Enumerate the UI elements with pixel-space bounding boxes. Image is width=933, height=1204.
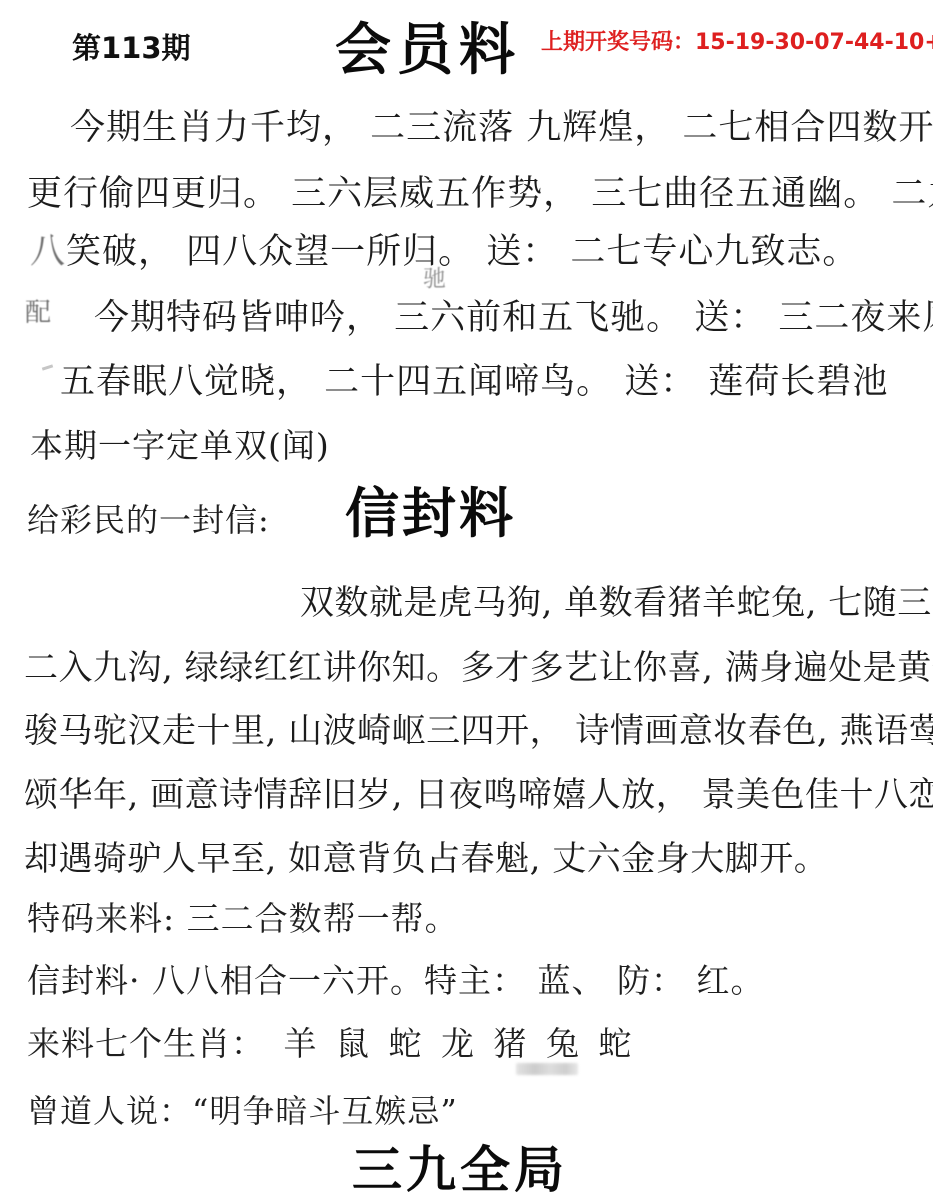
page-title: 会员料 [335,6,521,86]
lottery-tip-sheet: 第113期 会员料 上期开奖号码：15-19-30-07-44-10+09 今期… [0,0,933,1204]
faint-character: 八 [30,232,66,272]
ink-tick-artifact [42,364,53,370]
issue-number: 第113期 [72,26,191,67]
envelope-tip-line: 信封料· 八八相合一六开。特主： 蓝、 防： 红。 [27,955,764,1002]
single-double-line: 本期一字定单双(闻) [30,420,330,467]
special-code-line: 特码来料: 三二合数帮一帮。 [27,893,459,940]
member-verse-line-2: 更行偷四更归。 三六层威五作势， 三七曲径五通幽。 二九上阵 [27,166,933,216]
last-draw-numbers: 上期开奖号码：15-19-30-07-44-10+09 [541,25,933,56]
zeng-daoren-quote: 曾道人说：“明争暗斗互嫉忌” [27,1086,458,1132]
member-verse-line-1: 今期生肖力千均， 二三流落 九辉煌， 二七相合四数开， 三 [70,100,933,150]
ink-smudge [516,1063,578,1075]
envelope-verse-line-2: 二入九沟, 绿绿红红讲你知。多才多艺让你喜, 满身遍处是黄金, [24,640,933,689]
member-verse-line-3-text: 笑破， 四八众望一所归。 送： 二七专心九致志。 [66,232,858,272]
envelope-verse-line-3: 骏马驼汉走十里, 山波崎岖三四开， 诗情画意妆春色, 燕语莺歌 [24,703,933,752]
letter-intro-label: 给彩民的一封信: [27,495,270,541]
envelope-verse-line-4: 颂华年, 画意诗情辞旧岁, 日夜鸣啼嬉人放， 景美色佳十八恋, [24,767,933,816]
member-verse-line-4: 今期特码皆呻吟， 三六前和五飞驰。 送： 三二夜来风雨声。 [94,290,933,340]
envelope-verse-line-1: 双数就是虎马狗, 单数看猪羊蛇兔, 七随三 [300,575,932,624]
faint-margin-character: 配 [25,292,51,329]
zodiac-list-line: 来料七个生肖： 羊 鼠 蛇 龙 猪 兔 蛇 [27,1018,632,1065]
envelope-verse-line-5: 却遇骑驴人早至, 如意背负占春魁, 丈六金身大脚开。 [24,831,828,880]
member-verse-line-5: 五春眠八觉晓， 二十四五闻啼鸟。 送： 莲荷长碧池 [60,354,888,404]
envelope-title: 信封料 [345,471,516,548]
faint-interline-character: 驰 [423,260,446,293]
bottom-title: 三九全局 [352,1130,568,1202]
